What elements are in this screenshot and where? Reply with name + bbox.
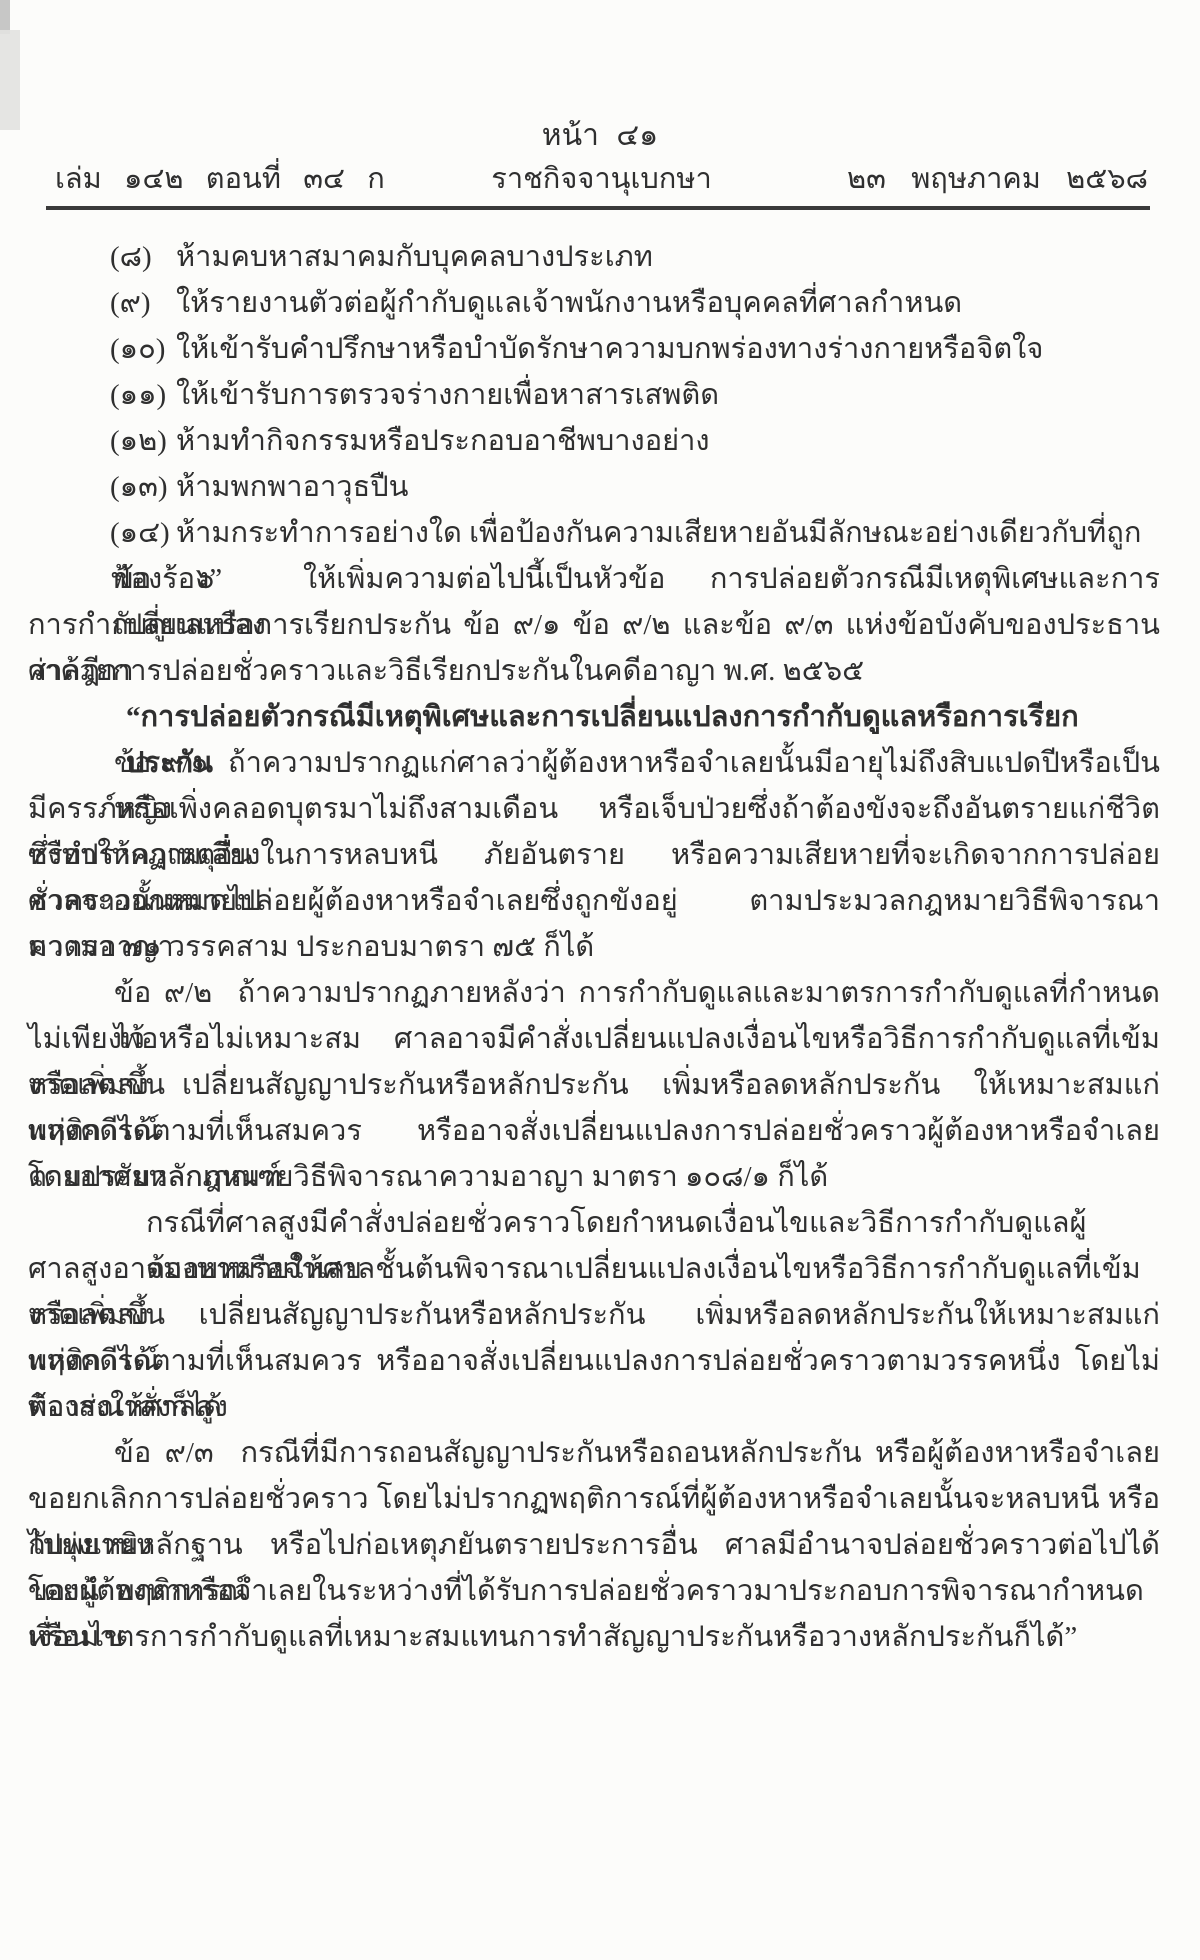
line-text: ให้เข้ารับคำปรึกษาหรือบำบัดรักษาความบกพร… (176, 333, 1043, 365)
text-line: หรือลดลง เปลี่ยนสัญญาประกันหรือหลักประกั… (28, 1062, 1160, 1108)
header-rule (46, 206, 1150, 210)
text-line: แห่งคดีได้ตามที่เห็นสมควร หรืออาจสั่งเปล… (28, 1338, 1160, 1384)
text-line: ของผู้ต้องหาหรือจำเลยในระหว่างที่ได้รับก… (28, 1568, 1160, 1614)
clause-number: (๑๓) (110, 464, 176, 510)
text-line: ข้อ ๙/๑ ถ้าความปรากฏแก่ศาลว่าผู้ต้องหาหร… (28, 740, 1160, 786)
line-text: หรือมาตรการกำกับดูแลที่เหมาะสมแทนการทำสั… (28, 1621, 1077, 1653)
text-line: แห่งคดีได้ตามที่เห็นสมควร หรืออาจสั่งเปล… (28, 1108, 1160, 1154)
text-line: ขอยกเลิกการปล่อยชั่วคราว โดยไม่ปรากฏพฤติ… (28, 1476, 1160, 1522)
text-line: (๑๐)ให้เข้ารับคำปรึกษาหรือบำบัดรักษาความ… (28, 326, 1160, 372)
clause-number: (๑๐) (110, 326, 176, 372)
clause-number: (๘) (110, 234, 176, 280)
line-text: มาตรา ๗๑ วรรคสาม ประกอบมาตรา ๗๕ ก็ได้ (28, 931, 594, 963)
line-text: ตามประมวลกฎหมายวิธีพิจารณาความอาญา มาตรา… (28, 1161, 828, 1193)
gazette-date: ๒๓ พฤษภาคม ๒๕๖๘ (847, 158, 1148, 200)
text-line: (๑๑)ให้เข้ารับการตรวจร่างกายเพื่อหาสารเส… (28, 372, 1160, 418)
text-line: ข้อ ๖ ให้เพิ่มความต่อไปนี้เป็นหัวข้อ การ… (28, 556, 1160, 602)
scan-artifact-dark (0, 0, 10, 34)
text-line: ข้อ ๙/๓ กรณีที่มีการถอนสัญญาประกันหรือถอ… (28, 1430, 1160, 1476)
clause-number: (๑๑) (110, 372, 176, 418)
clause-number: (๙) (110, 280, 176, 326)
text-line: (๑๒)ห้ามทำกิจกรรมหรือประกอบอาชีพบางอย่าง (28, 418, 1160, 464)
line-text: ให้รายงานตัวต่อผู้กำกับดูแลเจ้าพนักงานหร… (176, 287, 962, 319)
line-text: ให้เข้ารับการตรวจร่างกายเพื่อหาสารเสพติด (176, 379, 719, 411)
text-line: กรณีที่ศาลสูงมีคำสั่งปล่อยชั่วคราวโดยกำห… (28, 1200, 1160, 1246)
scan-artifact-light (0, 30, 20, 130)
line-text: ห้ามคบหาสมาคมกับบุคคลบางประเภท (176, 241, 653, 273)
text-line: มีครรภ์หรือเพิ่งคลอดบุตรมาไม่ถึงสามเดือน… (28, 786, 1160, 832)
text-line: ศาลจะออกหมายปล่อยผู้ต้องหาหรือจำเลยซึ่งถ… (28, 878, 1160, 924)
line-text: พิจารณาสั่งก็ได้ (28, 1391, 222, 1423)
page-number: หน้า ๔๑ (0, 116, 1200, 156)
masthead: เล่ม ๑๔๒ ตอนที่ ๓๔ ก ราชกิจจานุเบกษา ๒๓ … (55, 158, 1148, 200)
document-body: (๘)ห้ามคบหาสมาคมกับบุคคลบางประเภท (๙)ให้… (28, 234, 1160, 1660)
clause-number: (๑๒) (110, 418, 176, 464)
line-text: ข้อ ๙/๓ กรณีที่มีการถอนสัญญาประกันหรือถอ… (114, 1437, 1160, 1469)
text-line: ศาลสูงอาจมอบหมายให้ศาลชั้นต้นพิจารณาเปลี… (28, 1246, 1160, 1292)
text-line: “การปล่อยตัวกรณีมีเหตุพิเศษและการเปลี่ยน… (28, 694, 1160, 740)
line-text: ห้ามทำกิจกรรมหรือประกอบอาชีพบางอย่าง (176, 425, 710, 457)
gazette-page: หน้า ๔๑ เล่ม ๑๔๒ ตอนที่ ๓๔ ก ราชกิจจานุเ… (0, 0, 1200, 1960)
text-line: หรือมาตรการกำกับดูแลที่เหมาะสมแทนการทำสั… (28, 1614, 1160, 1660)
text-line: ซึ่งทำให้ความเสี่ยงในการหลบหนี ภัยอันตรา… (28, 832, 1160, 878)
text-line: ข้อ ๙/๒ ถ้าความปรากฏภายหลังว่า การกำกับด… (28, 970, 1160, 1016)
line-text: ว่าด้วยการปล่อยชั่วคราวและวิธีเรียกประกั… (28, 655, 864, 687)
text-line: พิจารณาสั่งก็ได้ (28, 1384, 1160, 1430)
text-line: ตามประมวลกฎหมายวิธีพิจารณาความอาญา มาตรา… (28, 1154, 1160, 1200)
text-line: การกำกับดูแลหรือการเรียกประกัน ข้อ ๙/๑ ข… (28, 602, 1160, 648)
text-line: (๑๔)ห้ามกระทำการอย่างใด เพื่อป้องกันความ… (28, 510, 1160, 556)
text-line: ไม่เพียงพอหรือไม่เหมาะสม ศาลอาจมีคำสั่งเ… (28, 1016, 1160, 1062)
text-line: ว่าด้วยการปล่อยชั่วคราวและวิธีเรียกประกั… (28, 648, 1160, 694)
text-line: หรือลดลง เปลี่ยนสัญญาประกันหรือหลักประกั… (28, 1292, 1160, 1338)
text-line: มาตรา ๗๑ วรรคสาม ประกอบมาตรา ๗๕ ก็ได้ (28, 924, 1160, 970)
text-line: (๘)ห้ามคบหาสมาคมกับบุคคลบางประเภท (28, 234, 1160, 280)
clause-number: (๑๔) (110, 510, 176, 556)
line-text: ห้ามพกพาอาวุธปืน (176, 471, 409, 503)
text-line: (๑๓)ห้ามพกพาอาวุธปืน (28, 464, 1160, 510)
text-line: (๙)ให้รายงานตัวต่อผู้กำกับดูแลเจ้าพนักงา… (28, 280, 1160, 326)
text-line: กับพยานหลักฐาน หรือไปก่อเหตุภยันตรายประก… (28, 1522, 1160, 1568)
